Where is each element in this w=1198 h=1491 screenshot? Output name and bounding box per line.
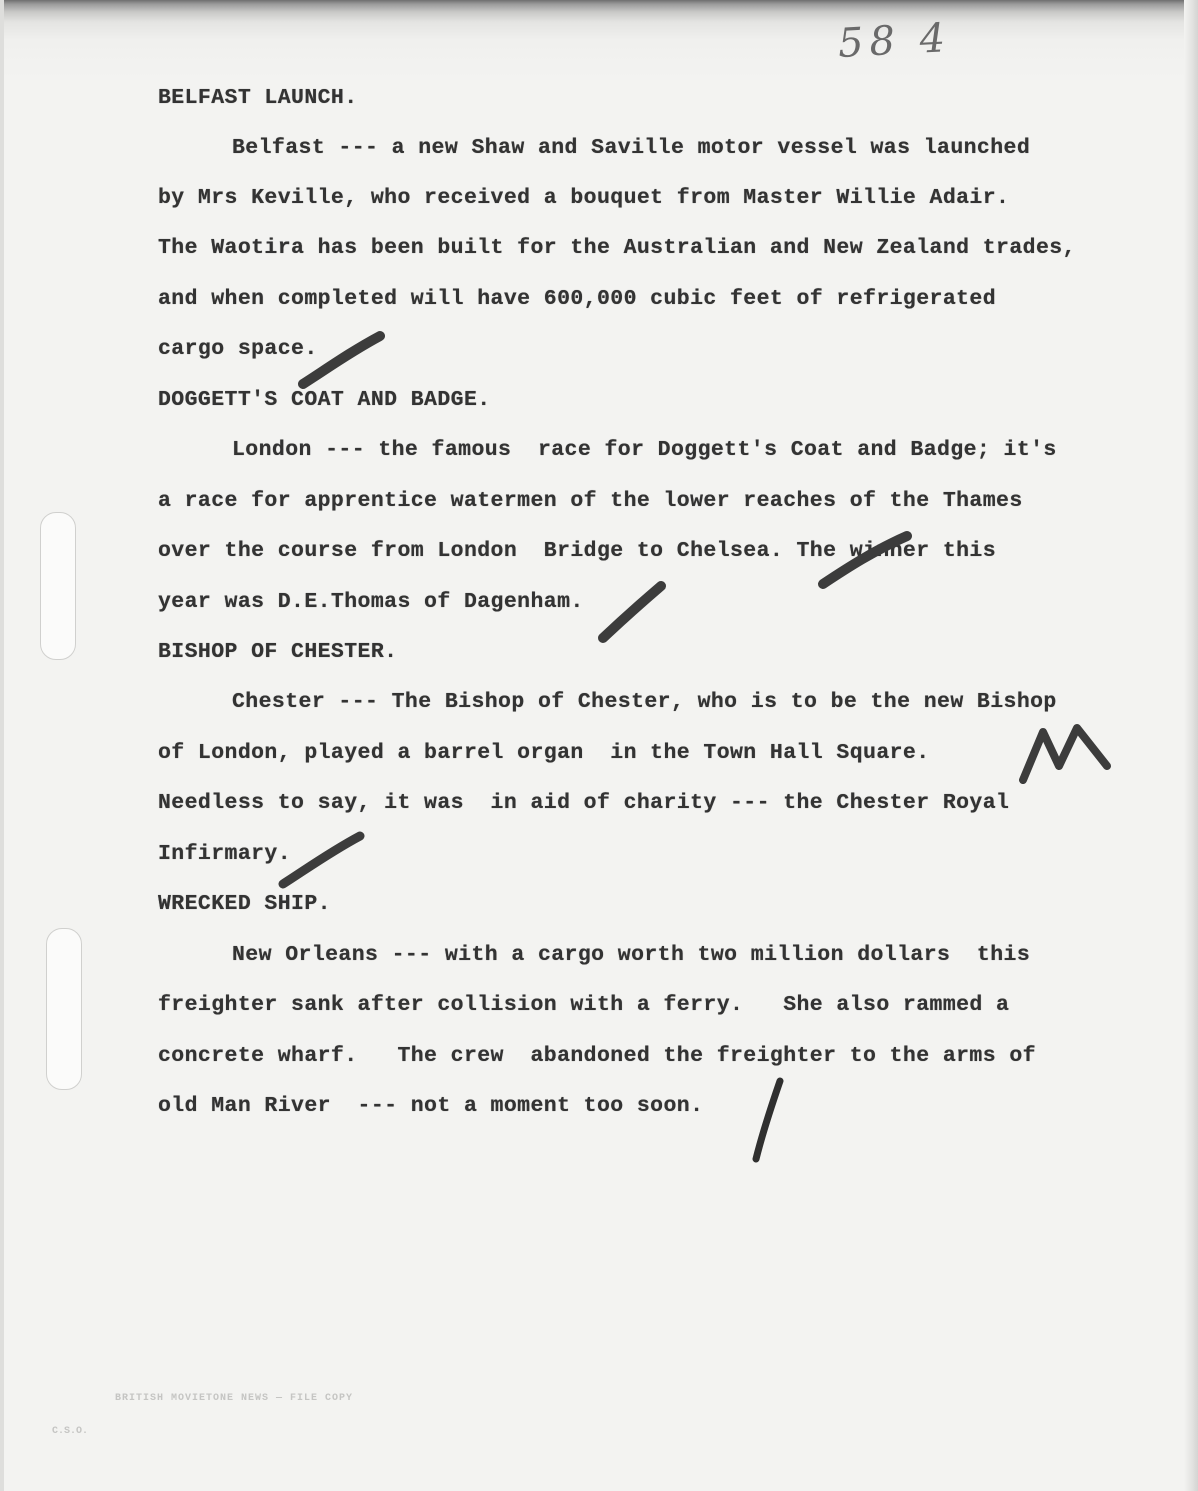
edit-mark-double-peak-icon (1015, 718, 1115, 788)
story-line: year was D.E.Thomas of Dagenham. (158, 590, 584, 614)
story-line: a race for apprentice watermen of the lo… (158, 489, 1023, 513)
footer-code: C.S.O. (52, 1426, 88, 1437)
story-heading-wrecked-ship: WRECKED SHIP. (158, 892, 331, 916)
story-line: The Waotira has been built for the Austr… (158, 236, 1076, 260)
story-line: New Orleans --- with a cargo worth two m… (232, 943, 1030, 967)
story-heading-doggetts: DOGGETT'S COAT AND BADGE. (158, 388, 491, 412)
story-line: over the course from London Bridge to Ch… (158, 539, 996, 563)
story-line: concrete wharf. The crew abandoned the f… (158, 1044, 1036, 1068)
edit-mark-icon (595, 580, 670, 645)
story-line: London --- the famous race for Doggett's… (232, 438, 1057, 462)
story-heading-belfast: BELFAST LAUNCH. (158, 86, 358, 110)
story-line: Chester --- The Bishop of Chester, who i… (232, 690, 1057, 714)
story-heading-bishop: BISHOP OF CHESTER. (158, 640, 397, 664)
story-line: freighter sank after collision with a fe… (158, 993, 1009, 1017)
story-line: cargo space. (158, 337, 318, 361)
footer-stamp: BRITISH MOVIETONE NEWS — FILE COPY (115, 1393, 353, 1404)
story-line: of London, played a barrel organ in the … (158, 741, 930, 765)
binding-hole-bottom (46, 928, 82, 1090)
story-line: Belfast --- a new Shaw and Saville motor… (232, 136, 1030, 160)
story-line: old Man River --- not a moment too soon. (158, 1094, 703, 1118)
page-right-edge (1184, 0, 1198, 1491)
edit-mark-icon (742, 1075, 792, 1165)
story-line: Infirmary. (158, 842, 291, 866)
story-line: and when completed will have 600,000 cub… (158, 287, 996, 311)
story-line: Needless to say, it was in aid of charit… (158, 791, 1009, 815)
handwritten-page-number: 58 4 (837, 15, 952, 67)
story-line: by Mrs Keville, who received a bouquet f… (158, 186, 1009, 210)
binding-hole-top (40, 512, 76, 660)
page-left-edge (0, 0, 4, 1491)
scanned-page: 58 4 BELFAST LAUNCH. Belfast --- a new S… (0, 0, 1198, 1491)
